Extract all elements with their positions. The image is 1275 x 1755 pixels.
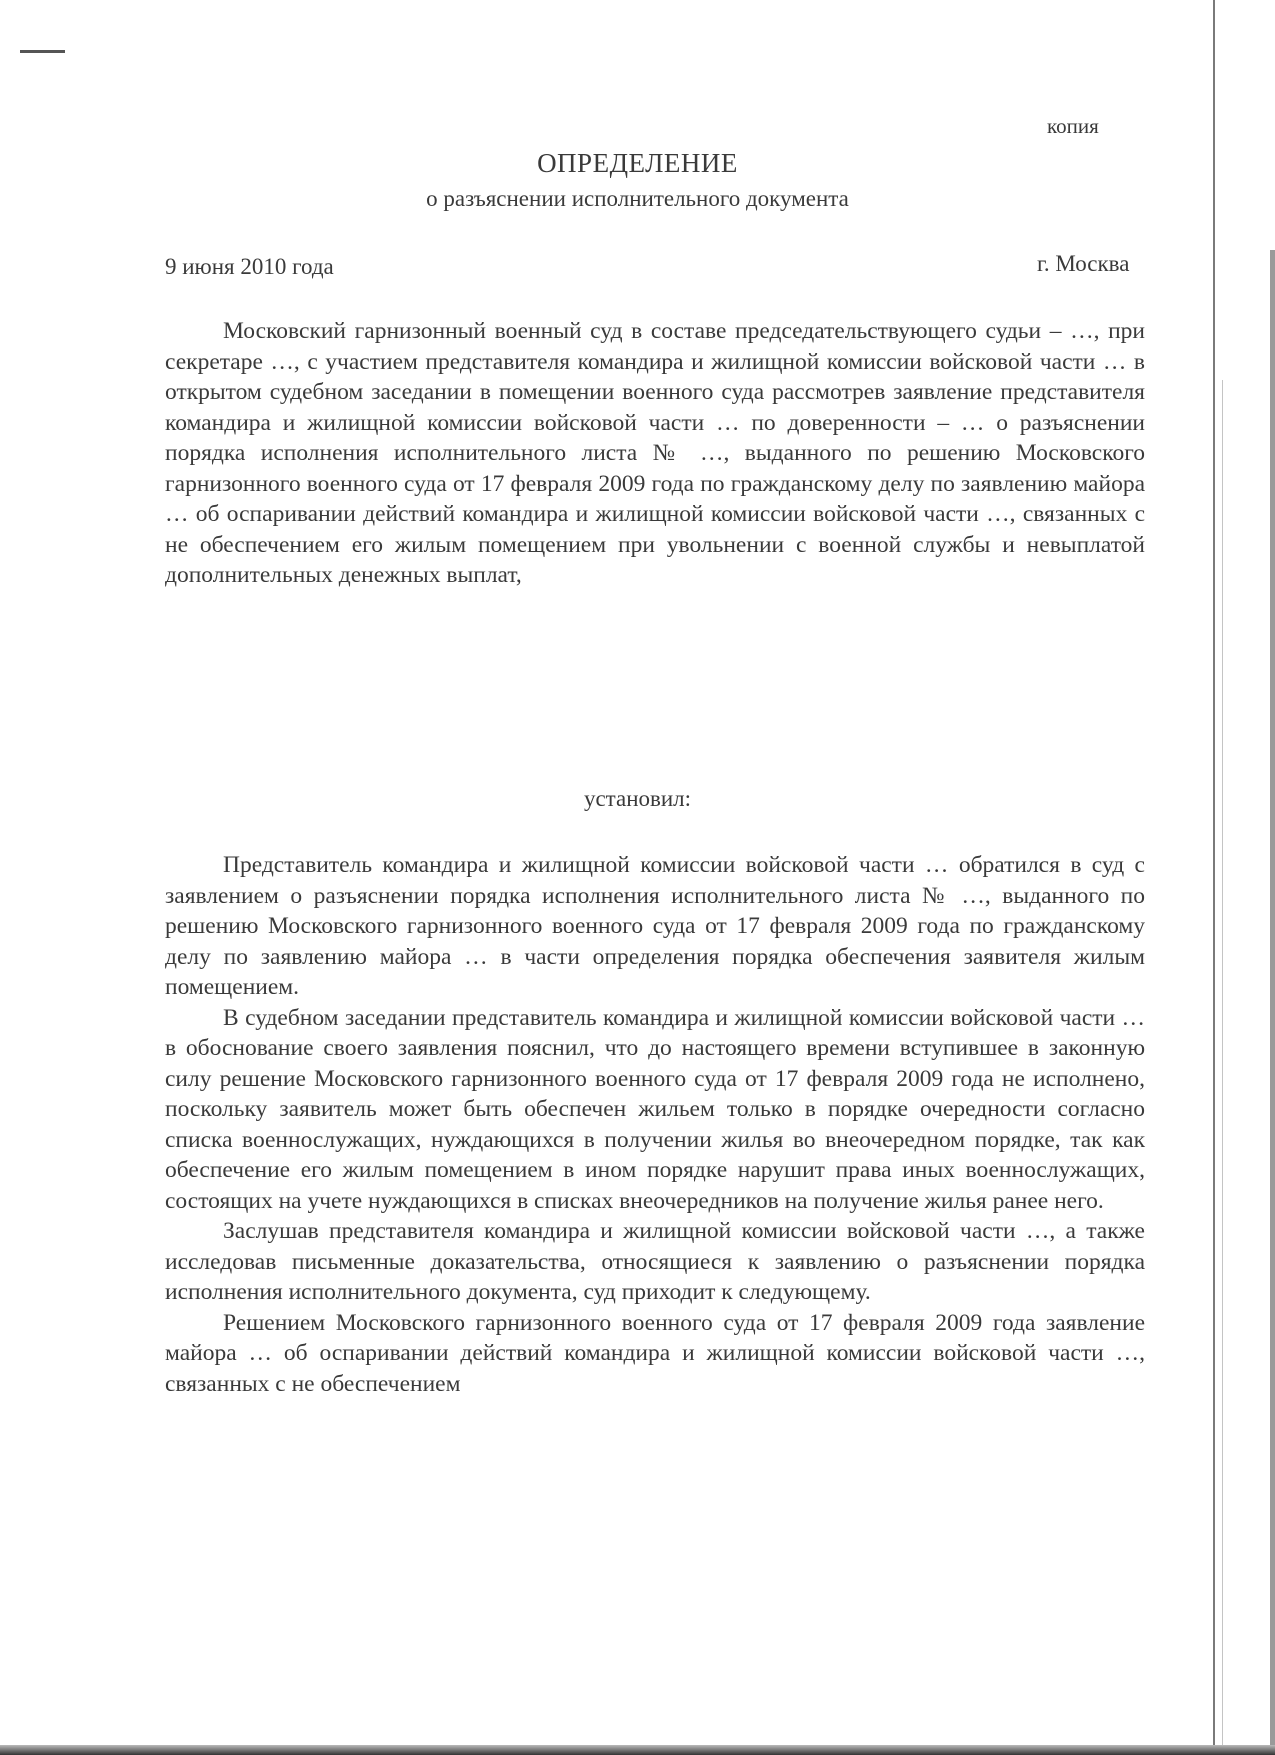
paragraph: В судебном заседании представитель коман… [165,1003,1145,1217]
scan-border-bottom [0,1745,1275,1755]
intro-section: Московский гарнизонный военный суд в сос… [165,316,1145,591]
document-subtitle: о разъяснении исполнительного документа [0,186,1275,212]
paragraph: Заслушав представителя командира и жилищ… [165,1216,1145,1308]
paragraph: Решением Московского гарнизонного военно… [165,1308,1145,1400]
paragraph: Представитель командира и жилищной комис… [165,850,1145,1003]
document-city: г. Москва [1037,251,1129,277]
page-edge-line [1213,0,1215,1745]
page-edge-line-secondary [1222,380,1223,1745]
intro-paragraph: Московский гарнизонный военный суд в сос… [165,316,1145,591]
scan-mark [20,50,65,53]
scan-border-right [1270,250,1275,1755]
document-date: 9 июня 2010 года [165,254,334,280]
findings-section: Представитель командира и жилищной комис… [165,850,1145,1399]
document-title: ОПРЕДЕЛЕНИЕ [0,148,1275,179]
copy-mark: копия [1047,114,1099,139]
section-heading: установил: [0,786,1275,812]
